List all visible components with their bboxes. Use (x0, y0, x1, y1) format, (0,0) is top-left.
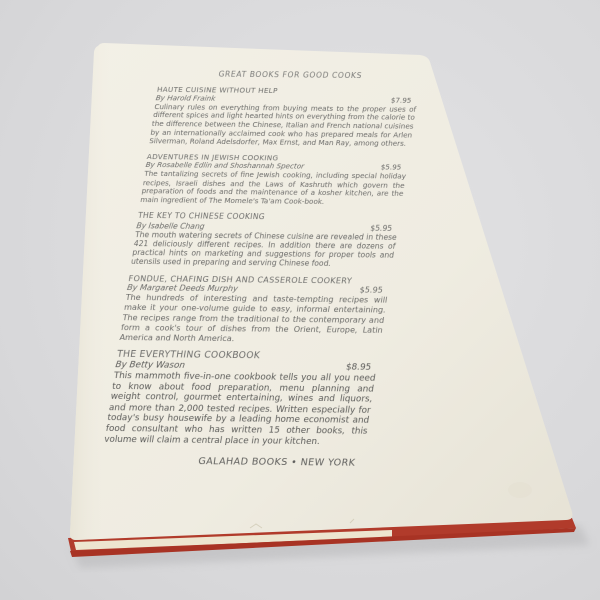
book-description: This mammoth five-in-one cookbook tells … (103, 371, 376, 448)
book-entry: THE EVERYTHING COOKBOOK By Betty Wason $… (103, 350, 379, 448)
book-entry: THE KEY TO CHINESE COOKING By Isabelle C… (130, 211, 400, 269)
book-description: The tantalizing secrets of fine Jewish c… (140, 170, 407, 207)
book-author: By Isabelle Chang (136, 221, 205, 231)
photo-scene: GREAT BOOKS FOR GOOD COOKS HAUTE CUISINE… (0, 0, 600, 600)
book-entry: HAUTE CUISINE WITHOUT HELP By Harold Fra… (149, 86, 420, 149)
series-title: GREAT BOOKS FOR GOOD COOKS (159, 70, 422, 81)
book-entry: ADVENTURES IN JEWISH COOKING By Rosabell… (140, 153, 409, 207)
book-price: $8.95 (345, 363, 378, 374)
book-description: The mouth watering secrets of Chinese cu… (130, 230, 397, 270)
book-description: The hundreds of interesting and taste-te… (119, 293, 388, 345)
book-price: $5.95 (370, 223, 399, 232)
book-author: By Betty Wason (115, 360, 186, 371)
book-description: Culinary rules on everything from buying… (149, 103, 417, 149)
book-entry: FONDUE, CHAFING DISH AND CASSEROLE COOKE… (119, 274, 391, 346)
